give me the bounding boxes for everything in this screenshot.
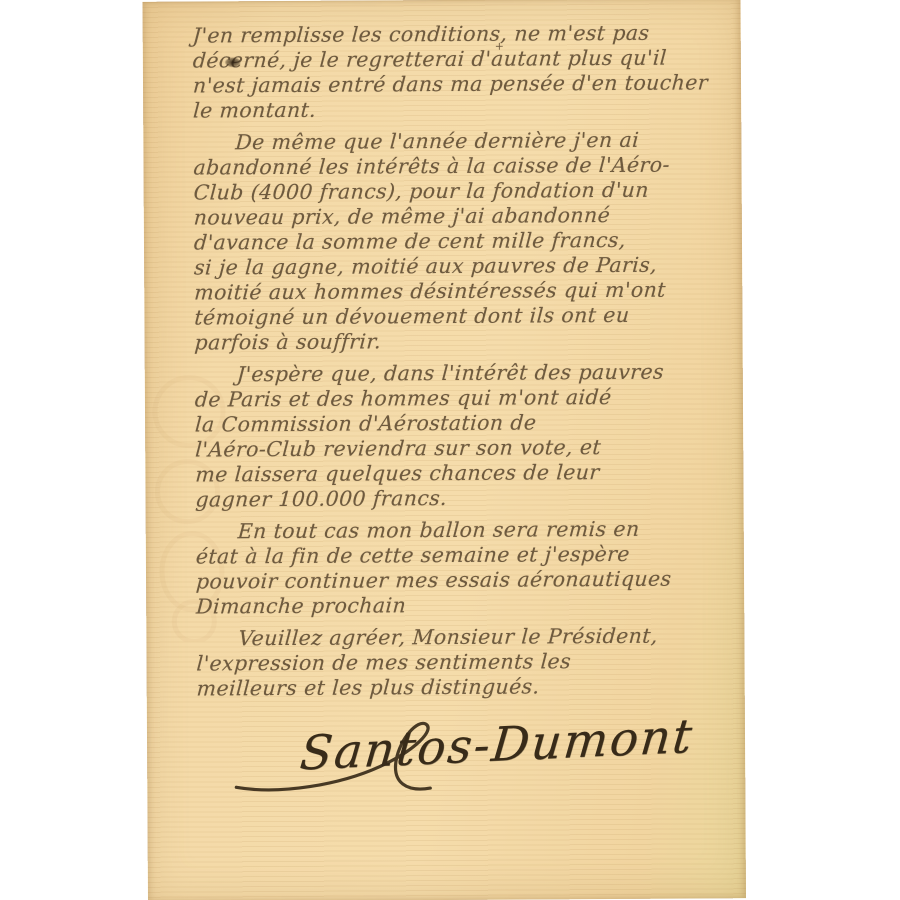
- letter-line: décerné, je le regretterai d'autant plus…: [192, 45, 734, 73]
- signature-block: Santos-Dumont: [242, 698, 723, 821]
- letter-line: la Commission d'Aérostation de: [194, 409, 736, 437]
- letter-line: pouvoir continuer mes essais aéronautiqu…: [195, 566, 737, 594]
- letter-line: gagner 100.000 francs.: [195, 484, 737, 512]
- letter-line: témoigné un dévouement dont ils ont eu: [194, 302, 736, 330]
- letter-line: moitié aux hommes désintéressés qui m'on…: [193, 277, 735, 305]
- letter-line: meilleurs et les plus distingués.: [196, 673, 738, 701]
- letter-line: De même que l'année dernière j'en ai: [193, 127, 735, 155]
- letter-line: abandonné les intérêts à la caisse de l'…: [193, 152, 735, 180]
- letter-body: J'en remplisse les conditions, ne m'est …: [193, 20, 737, 701]
- letter-line: En tout cas mon ballon sera remis en: [195, 516, 737, 544]
- letter-line: Veuillez agréer, Monsieur le Président,: [196, 623, 738, 651]
- letter-line: de Paris et des hommes qui m'ont aidé: [194, 384, 736, 412]
- letter-line: J'espère que, dans l'intérêt des pauvres: [194, 359, 736, 387]
- letter-line: d'avance la somme de cent mille francs,: [193, 227, 735, 255]
- letter-line: si je la gagne, moitié aux pauvres de Pa…: [193, 252, 735, 280]
- letter-line: l'Aéro-Club reviendra sur son vote, et: [194, 434, 736, 462]
- annotation-cross-mark: +: [495, 40, 504, 53]
- letter-line: état à la fin de cette semaine et j'espè…: [195, 541, 737, 569]
- letter-line: le montant.: [192, 95, 734, 123]
- letter-paper: J'en remplisse les conditions, ne m'est …: [143, 0, 746, 900]
- letter-line: parfois à souffrir.: [194, 327, 736, 355]
- letter-line: J'en remplisse les conditions, ne m'est …: [192, 20, 734, 48]
- letter-line: n'est jamais entré dans ma pensée d'en t…: [192, 70, 734, 98]
- letter-line: Club (4000 francs), pour la fondation d'…: [193, 177, 735, 205]
- letter-line: Dimanche prochain: [195, 591, 737, 619]
- ink-blot: [225, 57, 241, 67]
- letter-line: me laissera quelques chances de leur: [195, 459, 737, 487]
- letter-line: l'expression de mes sentiments les: [196, 648, 738, 676]
- letter-line: nouveau prix, de même j'ai abandonné: [193, 202, 735, 230]
- page-background: J'en remplisse les conditions, ne m'est …: [0, 0, 900, 900]
